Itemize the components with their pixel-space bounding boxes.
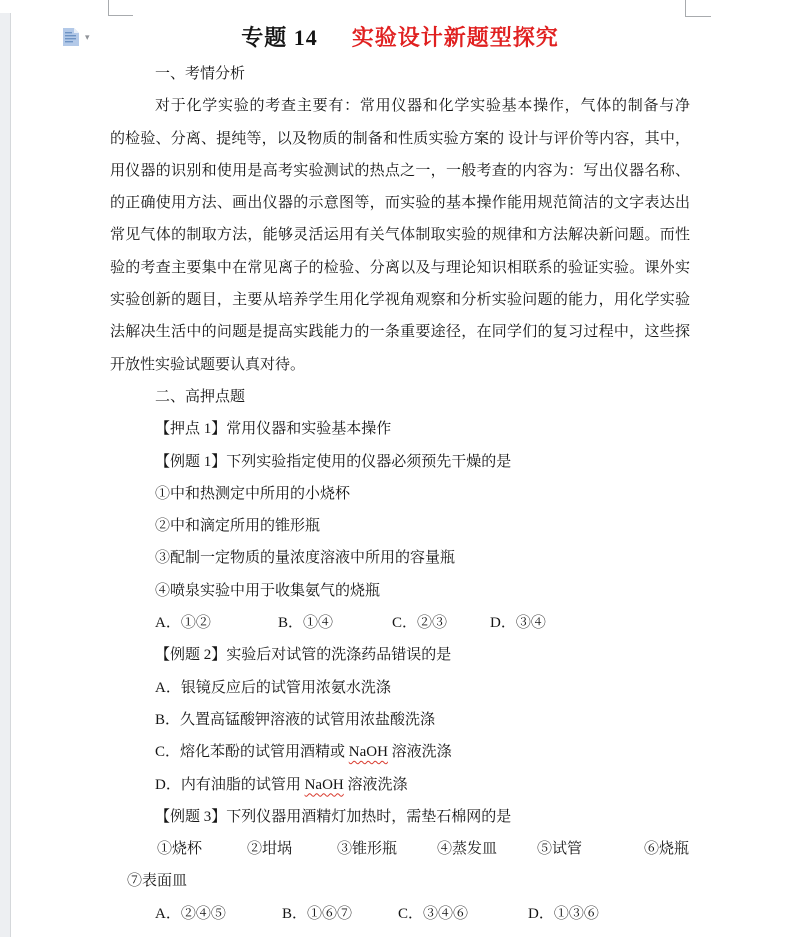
example1-option-b: B．①④ bbox=[278, 607, 333, 639]
section2-heading: 二、高押点题 bbox=[110, 381, 690, 413]
instrument-1: ①烧杯 bbox=[157, 833, 202, 865]
crop-mark-left-vertical bbox=[108, 0, 109, 15]
paragraph-line: 的正确使用方法、画出仪器的示意图等，而实验的基本操作能用规范简洁的文字表达出来。 bbox=[110, 187, 690, 219]
paragraph-line: 法解决生活中的问题是提高实践能力的一条重要途径，在同学们的复习过程中，这些探讨性… bbox=[110, 316, 690, 348]
example1-item-3: ③配制一定物质的量浓度溶液中所用的容量瓶 bbox=[110, 542, 690, 574]
example2-option-a: A．银镜反应后的试管用浓氨水洗涤 bbox=[110, 672, 690, 704]
example1-option-d: D．③④ bbox=[490, 607, 546, 639]
example3-option-c: C．③④⑥ bbox=[398, 898, 468, 930]
example3-stem: 【例题 3】下列仪器用酒精灯加热时，需垫石棉网的是 bbox=[110, 801, 690, 833]
crop-mark-right-vertical bbox=[685, 0, 686, 16]
example2-option-b: B．久置高锰酸钾溶液的试管用浓盐酸洗涤 bbox=[110, 704, 690, 736]
example3-option-d: D．①③⑥ bbox=[528, 898, 599, 930]
example1-item-4: ④喷泉实验中用于收集氨气的烧瓶 bbox=[110, 575, 690, 607]
example1-options-row: A．①② B．①④ C．②③ D．③④ bbox=[110, 607, 690, 639]
point1-heading: 【押点 1】常用仪器和实验基本操作 bbox=[110, 413, 690, 445]
example1-item-1: ①中和热测定中所用的小烧杯 bbox=[110, 478, 690, 510]
example2-option-d: D．内有油脂的试管用 NaOH 溶液洗涤 bbox=[110, 769, 690, 801]
example1-option-a: A．①② bbox=[155, 607, 211, 639]
section1-heading: 一、考情分析 bbox=[110, 58, 690, 90]
example1-item-2: ②中和滴定所用的锥形瓶 bbox=[110, 510, 690, 542]
page-title: 专题 14实验设计新题型探究 bbox=[110, 0, 690, 58]
example1-option-c: C．②③ bbox=[392, 607, 447, 639]
example3-option-a: A．②④⑤ bbox=[155, 898, 226, 930]
crop-mark-right-horizontal bbox=[685, 16, 711, 17]
instrument-6: ⑥烧瓶 bbox=[644, 833, 689, 865]
chemical-formula-naoh: NaOH bbox=[305, 777, 344, 793]
document-page: { "window": { "doc_icon": "document-icon… bbox=[0, 0, 801, 937]
document-icon[interactable] bbox=[62, 27, 80, 47]
example2-option-d-tail: 溶液洗涤 bbox=[344, 777, 408, 793]
example3-options-row: A．②④⑤ B．①⑥⑦ C．③④⑥ D．①③⑥ bbox=[110, 898, 690, 930]
example2-option-c: C．熔化苯酚的试管用酒精或 NaOH 溶液洗涤 bbox=[110, 736, 690, 768]
paragraph-line: 常见气体的制取方法，能够灵活运用有关气体制取实验的规律和方法解决新问题。而性质实 bbox=[110, 219, 690, 251]
example3-instruments-row: ①烧杯 ②坩埚 ③锥形瓶 ④蒸发皿 ⑤试管 ⑥烧瓶 bbox=[110, 833, 690, 865]
example2-option-c-tail: 溶液洗涤 bbox=[388, 744, 452, 760]
example3-option-b: B．①⑥⑦ bbox=[282, 898, 352, 930]
paragraph-line: 用仪器的识别和使用是高考实验测试的热点之一，一般考查的内容为：写出仪器名称、仪器 bbox=[110, 155, 690, 187]
example2-stem: 【例题 2】实验后对试管的洗涤药品错误的是 bbox=[110, 639, 690, 671]
document-body: 一、考情分析 对于化学实验的考查主要有：常用仪器和化学实验基本操作，气体的制备与… bbox=[110, 58, 690, 930]
paragraph-line: 验的考查主要集中在常见离子的检验、分离以及与理论知识相联系的验证实验。课外实验和 bbox=[110, 252, 690, 284]
example1-stem: 【例题 1】下列实验指定使用的仪器必须预先干燥的是 bbox=[110, 446, 690, 478]
instrument-2: ②坩埚 bbox=[247, 833, 292, 865]
instrument-4: ④蒸发皿 bbox=[437, 833, 497, 865]
dropdown-arrow-icon[interactable]: ▾ bbox=[85, 33, 90, 43]
title-topic-text: 实验设计新题型探究 bbox=[352, 25, 559, 50]
document-icon-glyph bbox=[62, 27, 80, 47]
paragraph-line: 的检验、分离、提纯等，以及物质的制备和性质实验方案的 设计与评价等内容，其中，常 bbox=[110, 123, 690, 155]
example2-option-d-text: D．内有油脂的试管用 bbox=[155, 777, 305, 793]
title-topic-number: 专题 14 bbox=[241, 25, 318, 50]
chemical-formula-naoh: NaOH bbox=[349, 744, 388, 760]
paragraph-line: 开放性实验试题要认真对待。 bbox=[110, 349, 690, 381]
paragraph-line: 实验创新的题目，主要从培养学生用化学视角观察和分析实验问题的能力，用化学实验的方 bbox=[110, 284, 690, 316]
window-left-edge bbox=[0, 13, 11, 937]
crop-mark-left-horizontal bbox=[108, 15, 133, 16]
instrument-5: ⑤试管 bbox=[537, 833, 582, 865]
example2-option-c-text: C．熔化苯酚的试管用酒精或 bbox=[155, 744, 349, 760]
instrument-7: ⑦表面皿 bbox=[110, 865, 690, 897]
instrument-3: ③锥形瓶 bbox=[337, 833, 397, 865]
paragraph-line: 对于化学实验的考查主要有：常用仪器和化学实验基本操作，气体的制备与净化，物质 bbox=[110, 90, 690, 122]
